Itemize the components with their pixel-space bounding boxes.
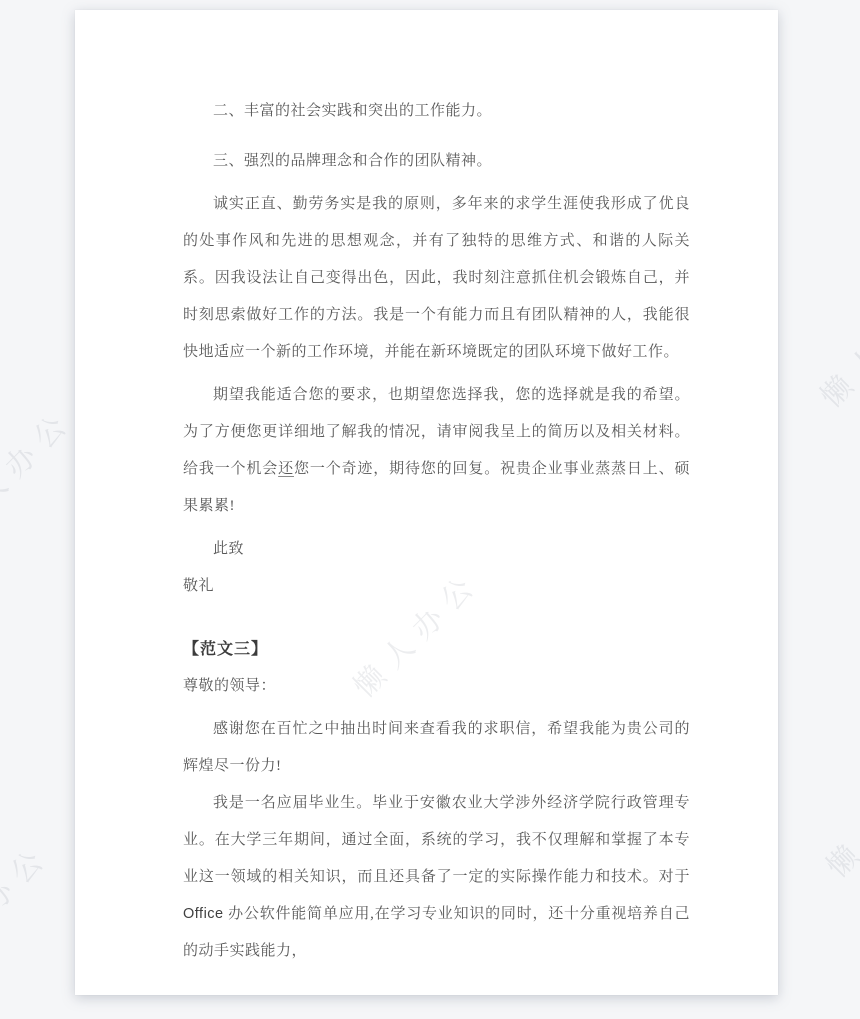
point-two: 二、丰富的社会实践和突出的工作能力。 [183,93,690,130]
self-introduction-paragraph: 诚实正直、勤劳务实是我的原则，多年来的求学生涯使我形成了优良的处事作风和先进的思… [183,186,690,371]
point-three: 三、强烈的品牌理念和合作的团队精神。 [183,143,690,180]
watermark-left-upper: 懒人办公 [0,396,82,543]
sample-three-heading: 【范文三】 [183,631,690,668]
text-segment-underline: 还 [278,461,294,477]
cizhi-line: 此致 [183,531,690,568]
text-segment: 我是一名应届毕业生。毕业于安徽农业大学涉外经济学院行政管理专业。在大学三年期间，… [183,795,690,885]
watermark-right-upper: 懒人办公 [808,268,860,415]
document-viewer: { "app": { "background_color": "#f5f6f8"… [0,0,860,1019]
watermark-left-lower: 懒人办公 [0,831,59,978]
text-segment-latin: Office [183,906,224,922]
document-page: 二、丰富的社会实践和突出的工作能力。三、强烈的品牌理念和合作的团队精神。诚实正直… [75,10,778,995]
thanks-paragraph: 感谢您在百忙之中抽出时间来查看我的求职信，希望我能为贵公司的辉煌尽一份力! [183,711,690,785]
jingli-line: 敬礼 [183,568,690,605]
text-segment: 此致 [213,541,244,557]
text-segment: 尊敬的领导： [183,678,276,694]
text-segment: 三、强烈的品牌理念和合作的团队精神。 [213,153,492,169]
hope-paragraph: 期望我能适合您的要求，也期望您选择我，您的选择就是我的希望。为了方便您更详细地了… [183,377,690,525]
text-segment: 感谢您在百忙之中抽出时间来查看我的求职信，希望我能为贵公司的辉煌尽一份力! [183,721,690,774]
text-segment: 二、丰富的社会实践和突出的工作能力。 [213,103,492,119]
text-segment: 办公软件能简单应用,在学习专业知识的同时，还十分重视培养自己的动手实践能力， [183,906,690,959]
watermark-right-lower: 懒人办公 [814,738,860,885]
education-paragraph: 我是一名应届毕业生。毕业于安徽农业大学涉外经济学院行政管理专业。在大学三年期间，… [183,785,690,970]
text-segment: 敬礼 [183,578,214,594]
salutation-line: 尊敬的领导： [183,668,690,705]
text-segment: 诚实正直、勤劳务实是我的原则，多年来的求学生涯使我形成了优良的处事作风和先进的思… [183,196,690,360]
document-body: 二、丰富的社会实践和突出的工作能力。三、强烈的品牌理念和合作的团队精神。诚实正直… [183,93,690,970]
text-segment: 【范文三】 [183,641,268,658]
